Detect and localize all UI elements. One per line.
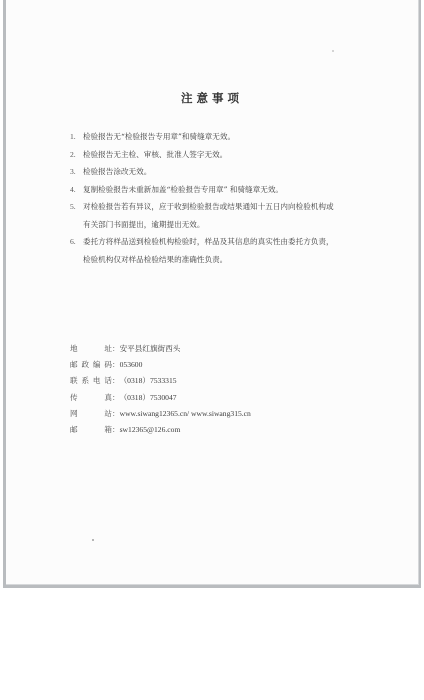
contact-email: 邮箱 ： sw12365@126.com	[70, 422, 251, 438]
contact-label: 联系电话	[70, 373, 112, 389]
note-number: 2.	[70, 146, 83, 164]
note-number: 5.	[70, 198, 83, 216]
contact-separator: ：	[112, 373, 120, 389]
note-text: 委托方将样品送到检验机构检验时，样品及其信息的真实性由委托方负责， 检验机构仅对…	[83, 233, 390, 268]
scanned-page: 注意事项 1. 检验报告无“检验报告专用章”和骑缝章无效。 2. 检验报告无主检…	[3, 0, 421, 588]
notes-list: 1. 检验报告无“检验报告专用章”和骑缝章无效。 2. 检验报告无主检、审核、批…	[70, 128, 390, 268]
note-item: 2. 检验报告无主检、审核、批准人签字无效。	[70, 146, 390, 164]
contact-value: sw12365@126.com	[120, 422, 181, 438]
page-title: 注意事项	[6, 90, 418, 106]
note-number: 4.	[70, 181, 83, 199]
contact-separator: ：	[112, 357, 120, 373]
contact-website: 网站 ： www.siwang12365.cn/ www.siwang315.c…	[70, 406, 251, 422]
contact-label: 网站	[70, 406, 112, 422]
contact-value: （0318）7533315	[120, 373, 177, 389]
contact-separator: ：	[112, 341, 120, 357]
contact-phone: 联系电话 ： （0318）7533315	[70, 373, 251, 389]
note-text: 对检验报告若有异议，应于收到检验报告或结果通知十五日内向检验机构或 有关部门书面…	[83, 198, 390, 233]
scan-speck	[332, 50, 334, 52]
note-item: 4. 复制检验报告未重新加盖“检验报告专用章” 和骑缝章无效。	[70, 181, 390, 199]
contact-value: （0318）7530047	[120, 390, 177, 406]
scan-speck	[92, 539, 94, 541]
note-text: 复制检验报告未重新加盖“检验报告专用章” 和骑缝章无效。	[83, 181, 390, 199]
contact-value: 安平县红旗街西头	[120, 341, 181, 357]
note-number: 1.	[70, 128, 83, 146]
note-number: 6.	[70, 233, 83, 251]
contact-fax: 传真 ： （0318）7530047	[70, 390, 251, 406]
note-number: 3.	[70, 163, 83, 181]
contact-label: 地址	[70, 341, 112, 357]
contact-address: 地址 ： 安平县红旗街西头	[70, 341, 251, 357]
contact-postcode: 邮政编码 ： 053600	[70, 357, 251, 373]
contact-value: 053600	[120, 357, 143, 373]
contact-separator: ：	[112, 422, 120, 438]
contact-label: 邮政编码	[70, 357, 112, 373]
note-item: 3. 检验报告涂改无效。	[70, 163, 390, 181]
note-item: 6. 委托方将样品送到检验机构检验时，样品及其信息的真实性由委托方负责， 检验机…	[70, 233, 390, 268]
contact-label: 传真	[70, 390, 112, 406]
contact-info: 地址 ： 安平县红旗街西头 邮政编码 ： 053600 联系电话 ： （0318…	[70, 341, 251, 438]
note-item: 5. 对检验报告若有异议，应于收到检验报告或结果通知十五日内向检验机构或 有关部…	[70, 198, 390, 233]
contact-label: 邮箱	[70, 422, 112, 438]
note-text: 检验报告无“检验报告专用章”和骑缝章无效。	[83, 128, 390, 146]
page-sheet: 注意事项 1. 检验报告无“检验报告专用章”和骑缝章无效。 2. 检验报告无主检…	[6, 0, 419, 585]
note-text: 检验报告涂改无效。	[83, 163, 390, 181]
note-item: 1. 检验报告无“检验报告专用章”和骑缝章无效。	[70, 128, 390, 146]
contact-value: www.siwang12365.cn/ www.siwang315.cn	[120, 406, 251, 422]
contact-separator: ：	[112, 390, 120, 406]
note-text: 检验报告无主检、审核、批准人签字无效。	[83, 146, 390, 164]
contact-separator: ：	[112, 406, 120, 422]
